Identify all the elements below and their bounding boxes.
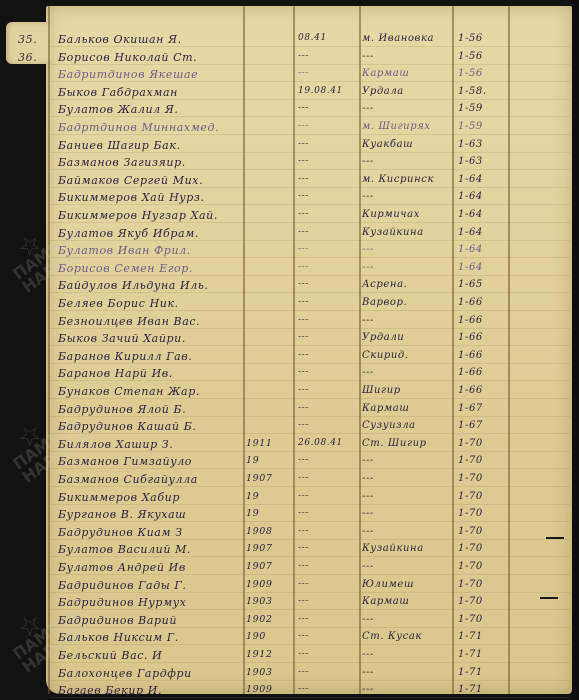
ledger-row: Бадрудинов Кашай Б.---Сузуизла1-67	[0, 418, 579, 438]
reference-number: 1-70	[458, 491, 483, 502]
date-value: 26.08.41	[298, 438, 343, 448]
date-value: 08.41	[298, 33, 327, 43]
reference-number: 1-70	[458, 438, 483, 449]
reference-number: 1-59	[458, 121, 483, 132]
place-name: Юлимеш	[362, 579, 414, 590]
place-name: ---	[362, 491, 374, 502]
date-value: ---	[298, 121, 309, 131]
date-value: ---	[298, 579, 309, 589]
place-name: Шигир	[362, 385, 401, 396]
person-name: Бикиммеров Хай Нурз.	[58, 191, 205, 204]
reference-number: 1-66	[458, 350, 483, 361]
place-name: ---	[362, 51, 374, 62]
reference-number: 1-71	[458, 631, 483, 642]
place-name: ---	[362, 156, 374, 167]
person-name: Быков Габдрахман	[58, 86, 178, 99]
place-name: ---	[362, 649, 374, 660]
date-value: ---	[298, 455, 309, 465]
date-value: ---	[298, 350, 309, 360]
reference-number: 1-59	[458, 103, 483, 114]
place-name: ---	[362, 103, 374, 114]
ledger-row: Бадрудинов Киам З1908------1-70	[0, 524, 579, 544]
reference-number: 1-70	[458, 561, 483, 572]
date-value: ---	[298, 649, 309, 659]
place-name: ---	[362, 455, 374, 466]
person-name: Беляев Борис Ник.	[58, 297, 179, 310]
date-value: ---	[298, 279, 309, 289]
date-value: ---	[298, 262, 309, 272]
ledger-row: Бельский Вас. И1912------1-71	[0, 647, 579, 667]
person-name: Бадрудинов Киам З	[58, 526, 183, 539]
place-name: ---	[362, 244, 374, 255]
ledger-row: Базманов Загизяир.------1-63	[0, 154, 579, 174]
birth-year: 1903	[246, 596, 273, 607]
place-name: ---	[362, 667, 374, 678]
date-value: ---	[298, 526, 309, 536]
date-value: ---	[298, 244, 309, 254]
person-name: Бадридинов Варий	[58, 614, 177, 627]
ledger-row: Бикиммеров Хабир19------1-70	[0, 489, 579, 509]
date-value: ---	[298, 139, 309, 149]
birth-year: 1907	[246, 543, 273, 554]
place-name: Кармаш	[362, 403, 409, 414]
reference-number: 1-70	[458, 579, 483, 590]
date-value: ---	[298, 156, 309, 166]
date-value: ---	[298, 385, 309, 395]
date-value: ---	[298, 473, 309, 483]
place-name: Скирид.	[362, 350, 409, 361]
birth-year: 1907	[246, 561, 273, 572]
date-value: ---	[298, 491, 309, 501]
reference-number: 1-70	[458, 526, 483, 537]
person-name: Бадридинов Нурмух	[58, 596, 186, 609]
place-name: ---	[362, 473, 374, 484]
ledger-row: Бадридинов Гады Г.1909---Юлимеш1-70	[0, 577, 579, 597]
date-value: ---	[298, 68, 309, 78]
birth-year: 1902	[246, 614, 273, 625]
ledger-row: Билялов Хашир З.191126.08.41Ст. Шигир1-7…	[0, 436, 579, 456]
reference-number: 1-66	[458, 332, 483, 343]
person-name: Бадритдинов Якешае	[58, 68, 198, 81]
person-name: Бадрудинов Кашай Б.	[58, 420, 196, 433]
ledger-row: Баранов Нарй Ив.------1-66	[0, 365, 579, 385]
birth-year: 1907	[246, 473, 273, 484]
ledger-row: Бадртдинов Миннахмед.---м. Шигирях1-59	[0, 119, 579, 139]
ledger-row: Бадридинов Нурмух1903---Кармаш1-70	[0, 594, 579, 614]
date-value: ---	[298, 561, 309, 571]
person-name: Бельский Вас. И	[58, 649, 162, 662]
person-name: Булатов Андрей Ив	[58, 561, 186, 574]
person-name: Булатов Жалил Я.	[58, 103, 178, 116]
place-name: ---	[362, 262, 374, 273]
ledger-row: Бадритдинов Якешае---Кармаш1-56	[0, 66, 579, 86]
person-name: Борисов Семен Егор.	[58, 262, 193, 275]
person-name: Байдулов Ильдуна Иль.	[58, 279, 209, 292]
date-value: ---	[298, 51, 309, 61]
person-name: Баймаков Сергей Мих.	[58, 174, 203, 187]
ledger-row: Борисов Семен Егор.------1-64	[0, 260, 579, 280]
reference-number: 1-71	[458, 684, 483, 695]
reference-number: 1-66	[458, 367, 483, 378]
reference-number: 1-58.	[458, 86, 487, 97]
reference-number: 1-70	[458, 455, 483, 466]
reference-number: 1-56	[458, 33, 483, 44]
ledger-row: Бикиммеров Нугзар Хай.---Кирмичах1-64	[0, 207, 579, 227]
person-name: Булатов Якуб Ибрам.	[58, 227, 199, 240]
place-name: Куакбаш	[362, 139, 413, 150]
date-value: ---	[298, 596, 309, 606]
ledger-row: Булатов Андрей Ив1907------1-70	[0, 559, 579, 579]
person-name: Бадртдинов Миннахмед.	[58, 121, 219, 134]
ledger-row: Базманов Сибгайулла1907------1-70	[0, 471, 579, 491]
birth-year: 19	[246, 491, 259, 502]
date-value: ---	[298, 191, 309, 201]
person-name: Борисов Николай Ст.	[58, 51, 197, 64]
reference-number: 1-63	[458, 139, 483, 150]
birth-year: 1903	[246, 667, 273, 678]
place-name: м. Шигирях	[362, 121, 431, 132]
ledger-row: Булатов Иван Фрил.------1-64	[0, 242, 579, 262]
row-number: 35.	[18, 33, 37, 46]
ledger-row: Беляев Борис Ник.---Варвор.1-66	[0, 295, 579, 315]
ledger-row: Баймаков Сергей Мих.---м. Кисринск1-64	[0, 172, 579, 192]
birth-year: 1908	[246, 526, 273, 537]
person-name: Бальков Окишан Я.	[58, 33, 182, 46]
date-value: ---	[298, 508, 309, 518]
place-name: Ст. Шигир	[362, 438, 427, 449]
reference-number: 1-71	[458, 667, 483, 678]
ledger-row: Бадридинов Варий1902------1-70	[0, 612, 579, 632]
place-name: ---	[362, 614, 374, 625]
ledger-row: Багаев Бекир И.1909------1-71	[0, 682, 579, 700]
reference-number: 1-70	[458, 543, 483, 554]
place-name: Кармаш	[362, 68, 409, 79]
person-name: Билялов Хашир З.	[58, 438, 173, 451]
reference-number: 1-67	[458, 403, 483, 414]
ledger-row: Булатов Якуб Ибрам.---Кузайкина1-64	[0, 225, 579, 245]
reference-number: 1-56	[458, 68, 483, 79]
birth-year: 1911	[246, 438, 273, 449]
place-name: Ст. Кусак	[362, 631, 422, 642]
reference-number: 1-64	[458, 174, 483, 185]
place-name: ---	[362, 508, 374, 519]
person-name: Баранов Кирилл Гав.	[58, 350, 192, 363]
person-name: Баранов Нарй Ив.	[58, 367, 173, 380]
person-name: Баниев Шагир Бак.	[58, 139, 181, 152]
reference-number: 1-64	[458, 244, 483, 255]
ledger-row: Быков Зачий Хайри.---Урдали1-66	[0, 330, 579, 350]
place-name: м. Кисринск	[362, 174, 434, 185]
place-name: Урдала	[362, 86, 404, 97]
ledger-row: Байдулов Ильдуна Иль.---Асрена.1-65	[0, 277, 579, 297]
person-name: Базманов Сибгайулла	[58, 473, 198, 486]
ledger-row: Булатов Василий М.1907---Кузайкина1-70	[0, 541, 579, 561]
reference-number: 1-64	[458, 209, 483, 220]
ledger-row: Бунаков Степан Жар.---Шигир1-66	[0, 383, 579, 403]
reference-number: 1-64	[458, 191, 483, 202]
ledger-row: Баранов Кирилл Гав.---Скирид.1-66	[0, 348, 579, 368]
date-value: ---	[298, 367, 309, 377]
reference-number: 1-70	[458, 614, 483, 625]
reference-number: 1-64	[458, 227, 483, 238]
birth-year: 1912	[246, 649, 273, 660]
date-value: ---	[298, 543, 309, 553]
person-name: Балохонцев Гардфри	[58, 667, 192, 680]
person-name: Быков Зачий Хайри.	[58, 332, 186, 345]
person-name: Базманов Гимзайуло	[58, 455, 192, 468]
reference-number: 1-63	[458, 156, 483, 167]
reference-number: 1-70	[458, 473, 483, 484]
birth-year: 19	[246, 508, 259, 519]
person-name: Булатов Василий М.	[58, 543, 191, 556]
reference-number: 1-65	[458, 279, 483, 290]
ledger-row: Бикиммеров Хай Нурз.------1-64	[0, 189, 579, 209]
birth-year: 19	[246, 455, 259, 466]
place-name: Сузуизла	[362, 420, 416, 431]
date-value: ---	[298, 227, 309, 237]
ledger-row: 36.Борисов Николай Ст.------1-56	[0, 49, 579, 69]
date-value: ---	[298, 103, 309, 113]
reference-number: 1-71	[458, 649, 483, 660]
reference-number: 1-66	[458, 385, 483, 396]
person-name: Бикиммеров Нугзар Хай.	[58, 209, 218, 222]
birth-year: 1909	[246, 579, 273, 590]
reference-number: 1-64	[458, 262, 483, 273]
place-name: ---	[362, 561, 374, 572]
date-value: ---	[298, 684, 309, 694]
place-name: Урдали	[362, 332, 404, 343]
row-number: 36.	[18, 51, 37, 64]
ledger-row: Безноилцев Иван Вас.------1-66	[0, 313, 579, 333]
place-name: Асрена.	[362, 279, 407, 290]
date-value: ---	[298, 667, 309, 677]
date-value: ---	[298, 315, 309, 325]
place-name: ---	[362, 684, 374, 695]
ledger-row: Балохонцев Гардфри1903------1-71	[0, 665, 579, 685]
person-name: Бадридинов Гады Г.	[58, 579, 186, 592]
place-name: ---	[362, 367, 374, 378]
date-value: ---	[298, 297, 309, 307]
person-name: Булатов Иван Фрил.	[58, 244, 191, 257]
person-name: Безноилцев Иван Вас.	[58, 315, 200, 328]
ledger-row: Бадрудинов Ялой Б.---Кармаш1-67	[0, 401, 579, 421]
person-name: Бикиммеров Хабир	[58, 491, 180, 504]
ledger-row: Баниев Шагир Бак.---Куакбаш1-63	[0, 137, 579, 157]
birth-year: 190	[246, 631, 266, 642]
place-name: м. Ивановка	[362, 33, 434, 44]
date-value: ---	[298, 631, 309, 641]
reference-number: 1-67	[458, 420, 483, 431]
date-value: ---	[298, 174, 309, 184]
ledger-row: Базманов Гимзайуло19------1-70	[0, 453, 579, 473]
ledger-row: Бальков Никсим Г.190---Ст. Кусак1-71	[0, 629, 579, 649]
place-name: Варвор.	[362, 297, 407, 308]
reference-number: 1-56	[458, 51, 483, 62]
ledger-row: 35.Бальков Окишан Я.08.41м. Ивановка1-56	[0, 31, 579, 51]
date-value: ---	[298, 209, 309, 219]
person-name: Базманов Загизяир.	[58, 156, 186, 169]
reference-number: 1-70	[458, 596, 483, 607]
birth-year: 1909	[246, 684, 273, 695]
person-name: Бунаков Степан Жар.	[58, 385, 200, 398]
place-name: Кармаш	[362, 596, 409, 607]
date-value: ---	[298, 403, 309, 413]
date-value: ---	[298, 420, 309, 430]
date-value: ---	[298, 332, 309, 342]
place-name: ---	[362, 526, 374, 537]
place-name: Кирмичах	[362, 209, 420, 220]
person-name: Бальков Никсим Г.	[58, 631, 179, 644]
person-name: Багаев Бекир И.	[58, 684, 162, 697]
place-name: Кузайкина	[362, 227, 424, 238]
place-name: Кузайкина	[362, 543, 424, 554]
person-name: Бурганов В. Якухаш	[58, 508, 186, 521]
ledger-row: Булатов Жалил Я.------1-59	[0, 101, 579, 121]
date-value: 19.08.41	[298, 86, 343, 96]
reference-number: 1-70	[458, 508, 483, 519]
ledger-row: Быков Габдрахман19.08.41Урдала1-58.	[0, 84, 579, 104]
date-value: ---	[298, 614, 309, 624]
reference-number: 1-66	[458, 315, 483, 326]
place-name: ---	[362, 315, 374, 326]
ledger-row: Бурганов В. Якухаш19------1-70	[0, 506, 579, 526]
place-name: ---	[362, 191, 374, 202]
reference-number: 1-66	[458, 297, 483, 308]
person-name: Бадрудинов Ялой Б.	[58, 403, 186, 416]
